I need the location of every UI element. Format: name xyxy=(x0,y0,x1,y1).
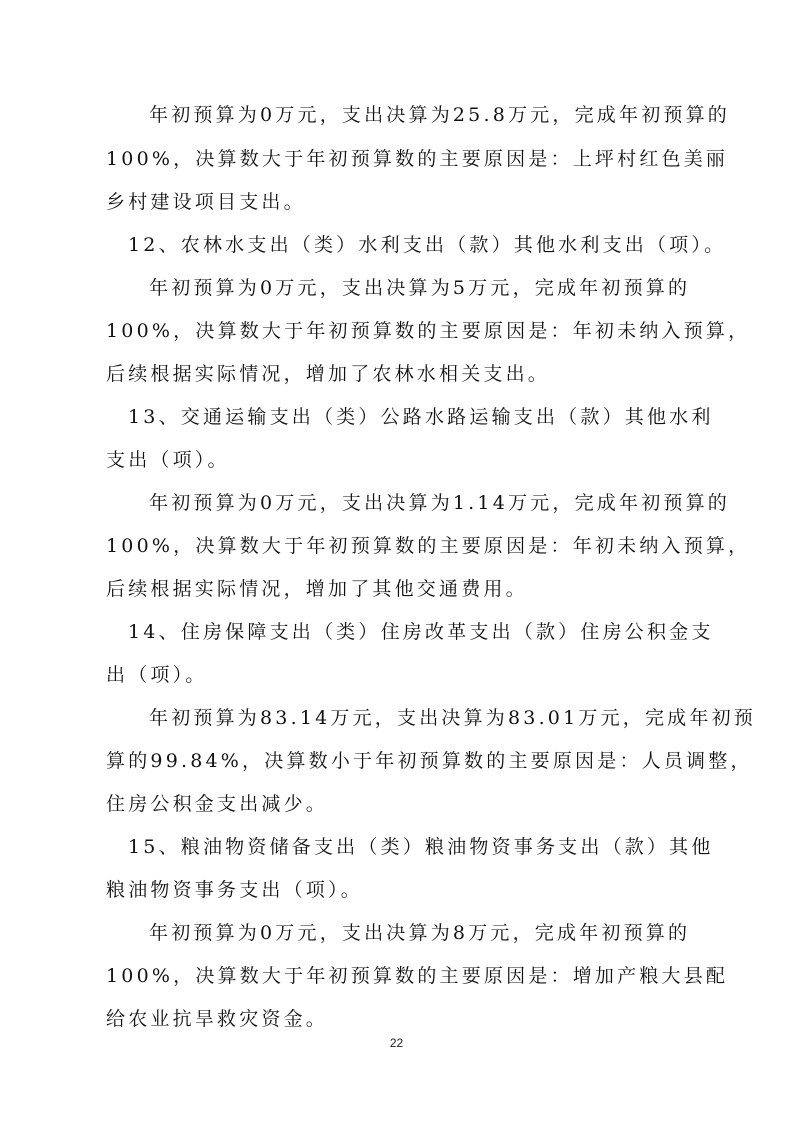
body-line: 年初预算为83.14万元，支出决算为83.01万元，完成年初预 xyxy=(149,706,756,730)
body-line: 乡村建设项目支出。 xyxy=(106,190,306,214)
section-heading-15: 15、粮油物资储备支出（类）粮油物资事务支出（款）其他 xyxy=(128,835,714,859)
section-heading-15-cont: 粮油物资事务支出（项）。 xyxy=(106,878,363,902)
body-line: 住房公积金支出减少。 xyxy=(106,792,328,816)
body-line: 年初预算为0万元，支出决算为8万元，完成年初预算的 xyxy=(149,921,690,945)
body-line: 100%，决算数大于年初预算数的主要原因是：年初未纳入预算， xyxy=(106,534,750,558)
body-line: 给农业抗旱救灾资金。 xyxy=(106,1007,328,1031)
body-line: 后续根据实际情况，增加了其他交通费用。 xyxy=(106,577,528,601)
section-heading-13-cont: 支出（项）。 xyxy=(106,448,230,472)
body-line: 算的99.84%，决算数小于年初预算数的主要原因是：人员调整， xyxy=(106,749,753,773)
body-line: 100%，决算数大于年初预算数的主要原因是：增加产粮大县配 xyxy=(106,964,728,988)
section-heading-14: 14、住房保障支出（类）住房改革支出（款）住房公积金支 xyxy=(128,620,714,644)
body-line: 100%，决算数大于年初预算数的主要原因是：年初未纳入预算， xyxy=(106,319,750,343)
section-heading-13: 13、交通运输支出（类）公路水路运输支出（款）其他水利 xyxy=(128,405,714,429)
body-line: 100%，决算数大于年初预算数的主要原因是：上坪村红色美丽 xyxy=(106,147,728,171)
body-line: 后续根据实际情况，增加了农林水相关支出。 xyxy=(106,362,550,386)
body-line: 年初预算为0万元，支出决算为25.8万元，完成年初预算的 xyxy=(149,103,730,127)
body-line: 年初预算为0万元，支出决算为5万元，完成年初预算的 xyxy=(149,276,690,300)
page-number: 22 xyxy=(0,1036,793,1050)
body-line: 年初预算为0万元，支出决算为1.14万元，完成年初预算的 xyxy=(149,491,730,515)
section-heading-14-cont: 出（项）。 xyxy=(106,663,208,687)
section-heading-12: 12、农林水支出（类）水利支出（款）其他水利支出（项）。 xyxy=(128,233,726,257)
